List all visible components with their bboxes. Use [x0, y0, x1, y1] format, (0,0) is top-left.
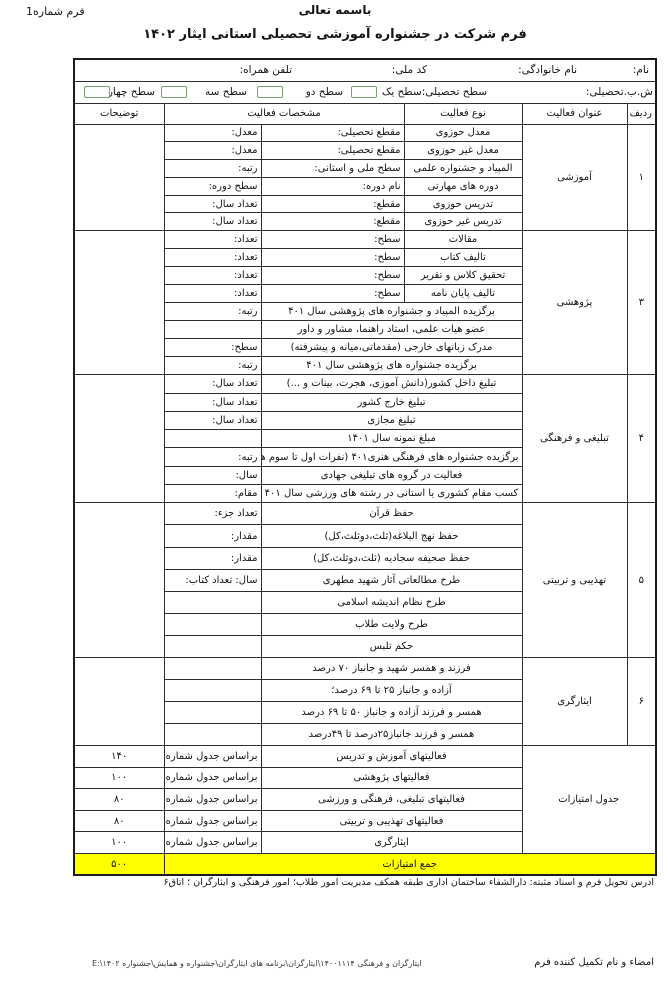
- table-header-row: ردیف عنوان فعالیت نوع فعالیت مشخصات فعال…: [74, 103, 656, 124]
- activity-type: تبلیغ خارج کشور: [261, 393, 522, 411]
- scores-title: جدول امتیازات: [522, 746, 656, 854]
- header-activity-specs: مشخصات فعالیت: [164, 103, 404, 124]
- personal-row: نام: نام خانوادگی: کد ملی: تلفن همراه:: [74, 59, 656, 81]
- header-row-number: ردیف: [627, 103, 656, 124]
- total-score-value: ۵۰۰: [74, 853, 164, 875]
- scores-section: جدول امتیازات فعالیتهای آموزش و تدریس بر…: [74, 746, 656, 876]
- activity-type: عضو هیات علمی، استاد راهنما، مشاور و داو…: [261, 321, 522, 339]
- activity-type: تبلیغ مجازی: [261, 411, 522, 429]
- qty-label: سال: تعداد کتاب:: [164, 569, 261, 591]
- qty-label: [164, 658, 261, 680]
- qty-label: [164, 591, 261, 613]
- activity-type: همسر و فرزند آزاده و جانباز ۵۰ تا ۶۹ درص…: [261, 702, 522, 724]
- activity-type: تالیف پایان نامه: [404, 285, 522, 303]
- activity-type: دوره های مهارتی: [404, 177, 522, 195]
- activity-type: معدل غیر حوزوی: [404, 142, 522, 160]
- qty-label: [164, 321, 261, 339]
- qty-label: مقام:: [164, 485, 261, 503]
- spec-label: سطح:: [261, 231, 404, 249]
- row-number: ۵: [627, 503, 656, 658]
- level-two-checkbox[interactable]: [257, 86, 283, 98]
- file-path: ایثارگران و فرهنگی ۱۴۰۰۱۱۱۴\ایثارگران\بر…: [92, 959, 422, 968]
- spec-label: سطح ملی و استانی:: [261, 160, 404, 178]
- activity-type: کسب مقام کشوری یا استانی در رشته های ورز…: [261, 485, 522, 503]
- activity-type: برگزیده جشنواره های فرهنگی هنری۴۰۱ (نفرا…: [261, 448, 522, 466]
- section-research: ۳ پژوهشی مقالات سطح: تعداد: تالیف کتابسط…: [74, 231, 656, 375]
- qty-label: [164, 724, 261, 746]
- section-title: تبلیغی و فرهنگی: [522, 375, 627, 503]
- score-label: فعالیتهای آموزش و تدریس: [261, 746, 522, 768]
- total-score-label: جمع امتیازات: [164, 853, 656, 875]
- section-title: پژوهشی: [522, 231, 627, 375]
- score-max: ۸۰: [74, 810, 164, 832]
- score-basis: براساس جدول شماره ۴: [164, 789, 261, 811]
- level-one-label: سطح تحصیلی:سطح یک: [382, 86, 487, 98]
- name-label: نام:: [633, 64, 649, 76]
- activity-type: طرح مطالعاتی آثار شهید مطهری: [261, 569, 522, 591]
- header-notes: توضیحات: [74, 103, 164, 124]
- qty-label: تعداد:: [164, 285, 261, 303]
- total-row: جمع امتیازات ۵۰۰: [74, 853, 656, 875]
- score-max: ۱۴۰: [74, 746, 164, 768]
- row-number: ۱: [627, 124, 656, 231]
- table-row: ۴ تبلیغی و فرهنگی تبلیغ داخل کشور(دانش آ…: [74, 375, 656, 393]
- spec-label: سطح:: [261, 285, 404, 303]
- notes-cell: [74, 124, 164, 231]
- spec-label: سطح:: [261, 267, 404, 285]
- activity-type: مبلغ نمونه سال ۱۴۰۱: [261, 430, 522, 448]
- activity-type: فرزند و همسر شهید و جانباز ۷۰ درصد: [261, 658, 522, 680]
- section-educational: ۱ آموزشی معدل حوزوی مقطع تحصیلی: معدل: م…: [74, 124, 656, 231]
- qty-label: رتبه:: [164, 160, 261, 178]
- mobile-label: تلفن همراه:: [240, 64, 292, 76]
- score-basis: براساس جدول شماره۵: [164, 810, 261, 832]
- activity-type: تدریس حوزوی: [404, 195, 522, 213]
- spec-label: مقطع تحصیلی:: [261, 124, 404, 142]
- notes-cell: [74, 658, 164, 746]
- activity-type: تالیف کتاب: [404, 249, 522, 267]
- page-title: فرم شرکت در جشنواره آموزشی تحصیلی استانی…: [0, 27, 670, 42]
- table-row: ۶ ایثارگری فرزند و همسر شهید و جانباز ۷۰…: [74, 658, 656, 680]
- qty-label: [164, 702, 261, 724]
- activity-type: برگزیده جشنواره های پژوهشی سال ۴۰۱: [261, 357, 522, 375]
- notes-cell: [74, 503, 164, 658]
- section-cultural: ۴ تبلیغی و فرهنگی تبلیغ داخل کشور(دانش آ…: [74, 375, 656, 503]
- score-label: فعالیتهای تهذیبی و تربیتی: [261, 810, 522, 832]
- activity-type: همسر و فرزند جانباز۲۵درصد تا ۴۹درصد: [261, 724, 522, 746]
- qty-label: معدل:: [164, 142, 261, 160]
- score-basis: براساس جدول شماره۶: [164, 832, 261, 854]
- activity-type: معدل حوزوی: [404, 124, 522, 142]
- qty-label: مقدار:: [164, 525, 261, 547]
- score-label: فعالیتهای تبلیغی، فرهنگی و ورزشی: [261, 789, 522, 811]
- qty-label: تعداد:: [164, 231, 261, 249]
- table-row: جدول امتیازات فعالیتهای آموزش و تدریس بر…: [74, 746, 656, 768]
- qty-label: تعداد:: [164, 267, 261, 285]
- personal-info-cell: نام: نام خانوادگی: کد ملی: تلفن همراه:: [74, 59, 656, 81]
- activity-type: فعالیت در گروه های تبلیغی جهادی: [261, 466, 522, 484]
- qty-label: تعداد سال:: [164, 213, 261, 231]
- row-number: ۶: [627, 658, 656, 746]
- activity-type: برگزیده المپیاد و جشنواره های پژوهشی سال…: [261, 303, 522, 321]
- level-three-checkbox[interactable]: [161, 86, 187, 98]
- qty-label: [164, 635, 261, 657]
- personal-info-block: نام: نام خانوادگی: کد ملی: تلفن همراه: ش…: [74, 59, 656, 124]
- table-row: ۵ تهذیبی و تربیتی حفظ قرآن تعداد جزء:: [74, 503, 656, 525]
- national-id-label: کد ملی:: [392, 64, 427, 76]
- activity-type: حکم تلبس: [261, 635, 522, 657]
- activity-type: المپیاد و جشنواره علمی: [404, 160, 522, 178]
- section-sacrifice: ۶ ایثارگری فرزند و همسر شهید و جانباز ۷۰…: [74, 658, 656, 746]
- qty-label: رتبه:: [164, 357, 261, 375]
- qty-label: تعداد سال:: [164, 375, 261, 393]
- qty-label: [164, 430, 261, 448]
- level-one-checkbox[interactable]: [351, 86, 377, 98]
- section-title: آموزشی: [522, 124, 627, 231]
- qty-label: سطح:: [164, 339, 261, 357]
- level-four-label: سطح چهار: [108, 86, 155, 98]
- section-title: ایثارگری: [522, 658, 627, 746]
- qty-label: رتبه:: [164, 303, 261, 321]
- activity-type: تبلیغ داخل کشور(دانش آموزی، هجرت، بینات …: [261, 375, 522, 393]
- spec-label: مقطع:: [261, 213, 404, 231]
- bismillah-text: باسمه تعالی: [0, 3, 670, 17]
- score-max: ۸۰: [74, 789, 164, 811]
- level-three-label: سطح سه: [205, 86, 247, 98]
- spec-label: مقطع تحصیلی:: [261, 142, 404, 160]
- qty-label: سطح دوره:: [164, 177, 261, 195]
- activity-type: مقالات: [404, 231, 522, 249]
- spec-label: سطح:: [261, 249, 404, 267]
- header-activity-type: نوع فعالیت: [404, 103, 522, 124]
- activity-type: مدرک زبانهای خارجی (مقدماتی،میانه و پیشر…: [261, 339, 522, 357]
- education-level-row: ش.ب.تحصیلی: سطح تحصیلی:سطح یک سطح دو سطح…: [74, 81, 656, 103]
- header-activity-title: عنوان فعالیت: [522, 103, 627, 124]
- qty-label: رتبه:: [164, 448, 261, 466]
- section-moral: ۵ تهذیبی و تربیتی حفظ قرآن تعداد جزء: حف…: [74, 503, 656, 658]
- activity-type: طرح ولایت طلاب: [261, 613, 522, 635]
- activity-type: حفظ نهج البلاغه(ثلث،دوثلث،کل): [261, 525, 522, 547]
- student-number-label: ش.ب.تحصیلی:: [586, 86, 653, 98]
- signature-label: امضاء و نام تکمیل کننده فرم: [534, 957, 654, 968]
- qty-label: تعداد جزء:: [164, 503, 261, 525]
- score-basis: براساس جدول شماره ۳: [164, 767, 261, 789]
- activity-type: آزاده و جانباز ۲۵ تا ۶۹ درصد؛: [261, 680, 522, 702]
- spec-label: نام دوره:: [261, 177, 404, 195]
- score-max: ۱۰۰: [74, 767, 164, 789]
- level-four-checkbox[interactable]: [84, 86, 110, 98]
- delivery-address: ادرس تحویل فرم و اسناد مثبته: دارالشفاء …: [164, 877, 655, 888]
- row-number: ۳: [627, 231, 656, 375]
- score-label: ایثارگری: [261, 832, 522, 854]
- qty-label: تعداد سال:: [164, 411, 261, 429]
- activity-type: تحقیق کلاس و تقریر: [404, 267, 522, 285]
- table-row: ۱ آموزشی معدل حوزوی مقطع تحصیلی: معدل:: [74, 124, 656, 142]
- family-name-label: نام خانوادگی:: [518, 64, 577, 76]
- qty-label: تعداد سال:: [164, 195, 261, 213]
- qty-label: معدل:: [164, 124, 261, 142]
- qty-label: [164, 680, 261, 702]
- notes-cell: [74, 231, 164, 375]
- education-level-cell: ش.ب.تحصیلی: سطح تحصیلی:سطح یک سطح دو سطح…: [74, 81, 656, 103]
- qty-label: تعداد:: [164, 249, 261, 267]
- qty-label: مقدار:: [164, 547, 261, 569]
- spec-label: مقطع:: [261, 195, 404, 213]
- section-title: تهذیبی و تربیتی: [522, 503, 627, 658]
- qty-label: سال:: [164, 466, 261, 484]
- score-max: ۱۰۰: [74, 832, 164, 854]
- activity-type: تدریس غیر حوزوی: [404, 213, 522, 231]
- qty-label: تعداد سال:: [164, 393, 261, 411]
- level-two-label: سطح دو: [306, 86, 343, 98]
- notes-cell: [74, 375, 164, 503]
- activity-type: طرح نظام اندیشه اسلامی: [261, 591, 522, 613]
- activity-type: حفظ صحیفه سجادیه (ثلث،دوثلث،کل): [261, 547, 522, 569]
- row-number: ۴: [627, 375, 656, 503]
- score-label: فعالیتهای پژوهشی: [261, 767, 522, 789]
- festival-form-table: نام: نام خانوادگی: کد ملی: تلفن همراه: ش…: [73, 58, 657, 876]
- table-row: ۳ پژوهشی مقالات سطح: تعداد:: [74, 231, 656, 249]
- activity-type: حفظ قرآن: [261, 503, 522, 525]
- qty-label: [164, 613, 261, 635]
- score-basis: براساس جدول شماره۱ و ۲: [164, 746, 261, 768]
